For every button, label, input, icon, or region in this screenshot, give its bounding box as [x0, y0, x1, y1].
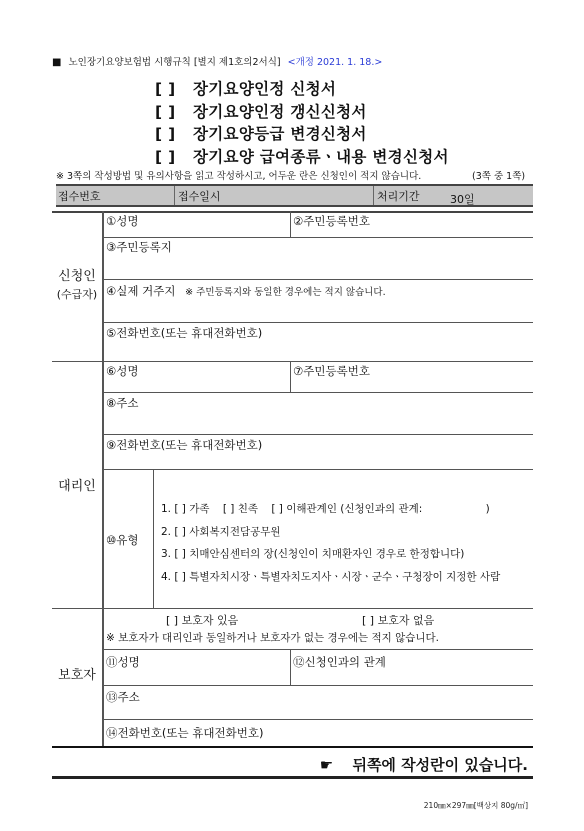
footer-border [52, 776, 533, 779]
section-border [52, 361, 533, 362]
applicant-actual-residence-field[interactable]: ④실제 거주지 ※ 주민등록지와 동일한 경우에는 적지 않습니다. [106, 283, 386, 299]
option-number: 4. [161, 571, 171, 583]
regulation-header: ■ 노인장기요양보험법 시행규칙 [별지 제1호의2서식] <개정 2021. … [52, 54, 382, 68]
field-divider [153, 469, 154, 608]
office-use-bar: 접수번호 접수일시 처리기간 30일 [56, 184, 533, 207]
agent-type-option-3[interactable]: 3. [ ] 치매안심센터의 장(신청인이 치매환자인 경우로 한정합니다) [161, 543, 500, 566]
agent-name-field[interactable]: ⑥성명 [106, 363, 139, 379]
row-divider [102, 719, 533, 720]
receipt-date-label: 접수일시 [178, 188, 221, 204]
row-divider [102, 279, 533, 280]
square-bullet-icon: ■ [52, 57, 61, 68]
guardian-address-field[interactable]: ⑬주소 [106, 689, 140, 705]
guardian-name-field[interactable]: ⑪성명 [106, 654, 140, 670]
option-number: 2. [161, 526, 171, 538]
title-checkbox-4[interactable]: [ ] [155, 146, 193, 168]
relation-close-paren: ) [486, 503, 490, 515]
section-border [52, 608, 533, 609]
agent-resident-no-field[interactable]: ⑦주민등록번호 [293, 363, 370, 379]
field-divider [290, 211, 291, 237]
applicant-resident-no-field[interactable]: ②주민등록번호 [293, 213, 370, 229]
row-divider [102, 237, 533, 238]
guardian-relation-field[interactable]: ⑫신청인과의 관계 [293, 654, 386, 670]
field-divider [290, 649, 291, 685]
row-divider [102, 469, 533, 470]
row-divider [102, 392, 533, 393]
type-interested-party-checkbox[interactable]: [ ] 이해관계인 (신청인과의 관계: [271, 503, 422, 515]
agent-phone-field[interactable]: ⑨전화번호(또는 휴대전화번호) [106, 437, 262, 453]
row-divider [102, 685, 533, 686]
title-option-4: [ ]장기요양 급여종류ㆍ내용 변경신청서 [155, 146, 449, 169]
back-page-notice: ☛ 뒤쪽에 작성란이 있습니다. [320, 754, 528, 775]
row-divider [102, 649, 533, 650]
row-divider [102, 322, 533, 323]
type-relative-checkbox[interactable]: [ ] 친족 [223, 503, 258, 515]
divider [174, 186, 175, 205]
type-social-worker-checkbox[interactable]: [ ] 사회복지전담공무원 [174, 526, 280, 538]
title-text-2: 장기요양인정 갱신신청서 [193, 103, 367, 121]
title-option-3: [ ]장기요양등급 변경신청서 [155, 123, 449, 146]
title-checkbox-1[interactable]: [ ] [155, 78, 193, 100]
paper-spec: 210㎜×297㎜[백상지 80g/㎡] [424, 800, 528, 811]
title-text-4: 장기요양 급여종류ㆍ내용 변경신청서 [193, 148, 449, 166]
title-checkbox-3[interactable]: [ ] [155, 123, 193, 145]
label-column-divider [102, 211, 104, 747]
agent-address-field[interactable]: ⑧주소 [106, 395, 139, 411]
title-text-3: 장기요양등급 변경신청서 [193, 125, 367, 143]
pointing-hand-icon: ☛ [320, 756, 333, 774]
applicant-registered-address-field[interactable]: ③주민등록지 [106, 239, 172, 255]
title-option-1: [ ]장기요양인정 신청서 [155, 78, 449, 101]
option-number: 3. [161, 548, 171, 560]
no-guardian-checkbox[interactable]: [ ] 보호자 없음 [362, 612, 434, 628]
title-checkbox-2[interactable]: [ ] [155, 101, 193, 123]
row-divider [102, 434, 533, 435]
agent-type-option-2[interactable]: 2. [ ] 사회복지전담공무원 [161, 521, 500, 544]
actual-residence-note: ※ 주민등록지와 동일한 경우에는 적지 않습니다. [185, 287, 385, 298]
agent-type-option-4[interactable]: 4. [ ] 특별자치시장ㆍ특별자치도지사ㆍ시장ㆍ군수ㆍ구청장이 지정한 사람 [161, 566, 500, 589]
back-page-notice-text: 뒤쪽에 작성란이 있습니다. [352, 756, 528, 774]
applicant-label: 신청인 [52, 268, 102, 286]
regulation-text: 노인장기요양보험법 시행규칙 [별지 제1호의2서식] [68, 57, 280, 68]
instruction-note: ※ 3쪽의 작성방법 및 유의사항을 읽고 작성하시고, 어두운 란은 신청인이… [56, 168, 421, 182]
guardian-phone-field[interactable]: ⑭전화번호(또는 휴대전화번호) [106, 725, 263, 741]
agent-type-options: 1. [ ] 가족 [ ] 친족 [ ] 이해관계인 (신청인과의 관계: ) … [161, 498, 500, 588]
applicant-section-label: 신청인 (수급자) [52, 268, 102, 304]
guardian-section-label: 보호자 [52, 667, 102, 685]
revision-date: <개정 2021. 1. 18.> [288, 57, 383, 68]
type-designated-person-checkbox[interactable]: [ ] 특별자치시장ㆍ특별자치도지사ㆍ시장ㆍ군수ㆍ구청장이 지정한 사람 [174, 571, 500, 583]
applicant-sublabel: (수급자) [52, 286, 102, 304]
option-number: 1. [161, 503, 171, 515]
guardian-note: ※ 보호자가 대리인과 동일하거나 보호자가 없는 경우에는 적지 않습니다. [106, 630, 439, 645]
title-option-2: [ ]장기요양인정 갱신신청서 [155, 101, 449, 124]
agent-type-option-1: 1. [ ] 가족 [ ] 친족 [ ] 이해관계인 (신청인과의 관계: ) [161, 498, 500, 521]
form-titles: [ ]장기요양인정 신청서 [ ]장기요양인정 갱신신청서 [ ]장기요양등급 … [155, 78, 449, 168]
agent-section-label: 대리인 [52, 478, 102, 496]
page-indicator: (3쪽 중 1쪽) [472, 168, 525, 182]
divider [373, 186, 374, 205]
processing-period-label: 처리기간 [377, 188, 420, 204]
applicant-phone-field[interactable]: ⑤전화번호(또는 휴대전화번호) [106, 325, 262, 341]
table-bottom-border [52, 746, 533, 748]
applicant-name-field[interactable]: ①성명 [106, 213, 139, 229]
field-divider [290, 361, 291, 392]
type-dementia-center-checkbox[interactable]: [ ] 치매안심센터의 장(신청인이 치매환자인 경우로 한정합니다) [174, 548, 464, 560]
actual-residence-label: ④실제 거주지 [106, 284, 176, 298]
has-guardian-checkbox[interactable]: [ ] 보호자 있음 [166, 612, 238, 628]
processing-period-value: 30일 [450, 191, 475, 207]
receipt-number-label: 접수번호 [58, 188, 101, 204]
type-family-checkbox[interactable]: [ ] 가족 [174, 503, 209, 515]
agent-type-label: ⑩유형 [106, 532, 139, 548]
title-text-1: 장기요양인정 신청서 [193, 80, 336, 98]
